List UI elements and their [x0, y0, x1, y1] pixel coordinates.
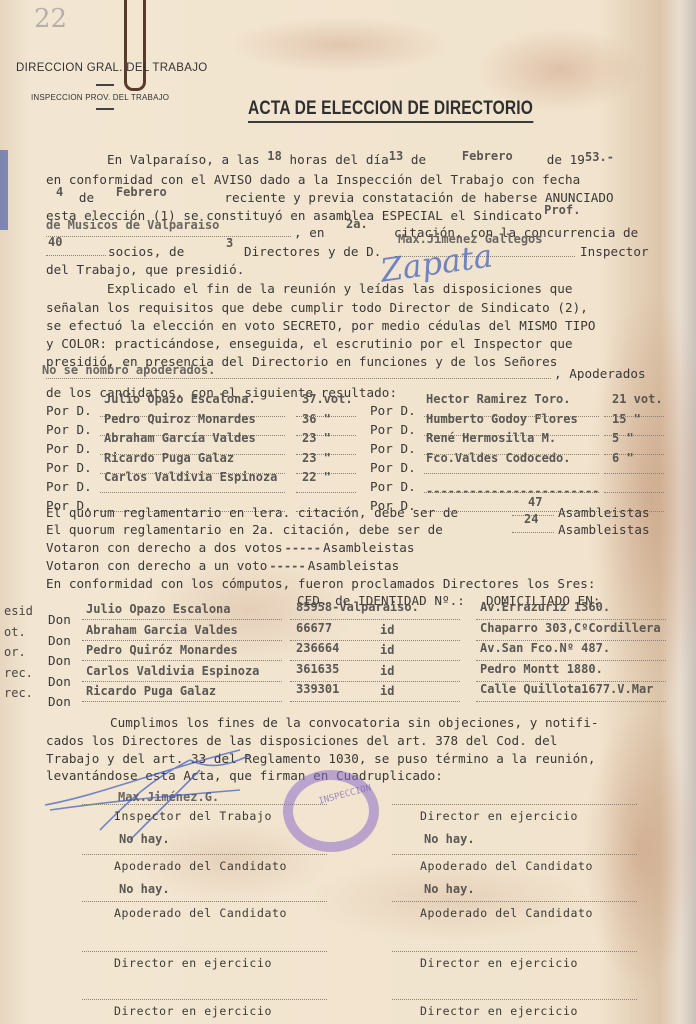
intro-line-7: del Trabajo, que presidió.: [46, 262, 244, 277]
fill-line: [82, 660, 282, 661]
text: Votaron con derecho a un voto: [46, 558, 267, 573]
signature-label: Director en ejercicio: [420, 1004, 578, 1018]
por-d-label: Por D.: [370, 403, 416, 418]
director-id-number: 236664: [296, 641, 339, 655]
por-d-label: Por D.: [370, 479, 416, 494]
text: Inspector: [580, 244, 649, 259]
intro-line-1: En Valparaíso, a las 18 horas del día13 …: [107, 152, 614, 167]
day-value: 13: [389, 149, 404, 163]
signature-label: Director en ejercicio: [114, 1004, 272, 1018]
signature-line: [82, 854, 327, 855]
quorum-1-value: 47: [528, 495, 542, 509]
body-line: señalan los requisitos que debe cumplir …: [46, 300, 588, 315]
month-value: Febrero: [462, 149, 513, 163]
don-label: Don: [48, 612, 71, 627]
signature-value: No hay.: [424, 832, 475, 846]
signature-label: Apoderado del Candidato: [420, 906, 593, 920]
candidate-name: ------------------------: [426, 484, 599, 498]
citation-value: 2a.: [346, 217, 368, 231]
director-name: Carlos Valdivia Espinoza: [86, 664, 259, 678]
candidate-name: Abraham García Valdes: [104, 431, 256, 445]
proclaimed-line: En conformidad con los cómputos, fueron …: [46, 576, 596, 591]
fill-line: [82, 619, 282, 620]
quorum-2-value: 24: [524, 512, 538, 526]
signature-line: [392, 999, 637, 1000]
signature-label: Director en ejercicio: [114, 956, 272, 970]
por-d-label: Por D.: [370, 422, 416, 437]
candidate-name: Pedro Quiroz Monardes: [104, 412, 256, 426]
fill-line: [424, 473, 599, 474]
signature-label: Director en ejercicio: [420, 956, 578, 970]
director-id-number: 66677: [296, 621, 332, 635]
candidate-name: Fco.Valdes Codocedo.: [426, 451, 571, 465]
signature-line: [392, 804, 637, 805]
don-label: Don: [48, 694, 71, 709]
por-d-label: Por D.: [46, 460, 92, 475]
votes-two-line: Votaron con derecho a dos votos-----Asam…: [46, 540, 415, 555]
candidate-name: Carlos Valdivia Espinoza: [104, 470, 277, 484]
notice-month-value: Febrero: [116, 185, 167, 199]
director-name: Pedro Quiróz Monardes: [86, 643, 238, 657]
intro-line-3: 4 de Febrero reciente y previa constatac…: [46, 190, 614, 205]
org-line-1: DIRECCION GRAL. DEL TRABAJO: [16, 62, 208, 74]
don-label: Don: [48, 633, 71, 648]
fill-line: [82, 640, 282, 641]
year-value: 53.-: [585, 150, 614, 164]
signature-line: [82, 951, 327, 952]
signature-value: No hay.: [119, 882, 170, 896]
text: , Apoderados: [554, 366, 646, 381]
margin-ink-mark: [0, 150, 8, 230]
union-name-value: de Musicos de Valparaiso: [46, 218, 219, 232]
director-id-place: id: [380, 623, 394, 637]
don-label: Don: [48, 674, 71, 689]
fill-line: [604, 473, 664, 474]
don-label: Don: [48, 653, 71, 668]
director-name: Ricardo Puga Galaz: [86, 684, 216, 698]
text: En Valparaíso, a las: [107, 152, 260, 167]
margin-role-fragment: rec.: [4, 666, 33, 680]
director-address: Calle Quillota1677.V.Mar: [480, 682, 653, 696]
votes-one-value: -----: [269, 559, 305, 573]
body-line: Explicado el fin de la reunión y leídas …: [107, 281, 573, 296]
signature-line: [82, 901, 327, 902]
candidate-votes: 21 vot.: [612, 392, 663, 406]
candidate-votes: 22 ": [302, 470, 331, 484]
body-line: se efectuó la elección en voto SECRETO, …: [46, 318, 596, 333]
union-prefix-value: Prof.: [544, 203, 580, 217]
signature-value: No hay.: [119, 832, 170, 846]
candidate-name: Humberto Godoy Flores: [426, 412, 578, 426]
signature-value: No hay.: [424, 882, 475, 896]
notice-day-value: 4: [56, 185, 63, 199]
candidate-votes: 15 ": [612, 412, 641, 426]
signature-label: Director en ejercicio: [420, 809, 578, 823]
proxies-value: No se nombró apoderados.: [42, 363, 215, 377]
director-id-number: 339301: [296, 682, 339, 696]
fill-line: [82, 681, 282, 682]
document-title: ACTA DE ELECCION DE DIRECTORIO: [248, 98, 533, 123]
por-d-label: Por D.: [370, 460, 416, 475]
votes-two-value: -----: [285, 541, 321, 555]
fill-line: [296, 492, 356, 493]
candidate-name: René Hermosilla M.: [426, 431, 556, 445]
margin-role-fragment: rec.: [4, 686, 33, 700]
director-id-number: 85958-Valparaiso.: [296, 600, 419, 614]
members-value: 40: [48, 235, 62, 249]
unit-label: Asambleistas: [558, 522, 650, 537]
signature-label: Inspector del Trabajo: [114, 809, 272, 823]
fill-line: [82, 701, 282, 702]
por-d-label: Por D.: [46, 441, 92, 456]
body-line: y COLOR: practicándose, enseguida, el es…: [46, 336, 573, 351]
org-line-2: INSPECCION PROV. DEL TRABAJO: [31, 93, 169, 102]
signature-label: Apoderado del Candidato: [114, 906, 287, 920]
fill-line: [46, 378, 551, 379]
candidate-votes: 37.vot.: [302, 392, 353, 406]
fill-line: [46, 236, 291, 237]
director-address: Av.Errázuriz 1360.: [480, 600, 610, 614]
candidate-name: Ricardo Puga Galaz: [104, 451, 234, 465]
fill-line: [100, 492, 285, 493]
director-id-number: 361635: [296, 662, 339, 676]
quorum-2-label: El quorum reglamentario en 2a. citación,…: [46, 522, 443, 537]
signature-label: Apoderado del Candidato: [114, 859, 287, 873]
director-name: Julio Opazo Escalona: [86, 602, 231, 616]
quorum-1-label: El quorum reglamentario en lera. citació…: [46, 505, 458, 520]
director-address: Chaparro 303,CºCordillera: [480, 621, 661, 635]
candidate-votes: 23 ": [302, 431, 331, 445]
signature-line: [82, 999, 327, 1000]
text: Directores y de D.: [244, 244, 381, 259]
signature-line: [392, 854, 637, 855]
hour-value: 18: [267, 149, 282, 163]
candidate-name: Julio Opazo Escalona.: [104, 392, 256, 406]
text: de: [79, 190, 94, 205]
director-id-place: id: [380, 664, 394, 678]
unit-label: Asambleistas: [323, 540, 415, 555]
divider: [96, 108, 114, 110]
por-d-label: Por D.: [370, 441, 416, 456]
candidate-votes: 6 ": [612, 451, 634, 465]
candidate-name: Hector Ramirez Toro.: [426, 392, 571, 406]
por-d-label: Por D.: [46, 479, 92, 494]
text: horas del día: [290, 152, 389, 167]
signature-label: Apoderado del Candidato: [420, 859, 593, 873]
text: , en: [294, 225, 325, 240]
signature-line: [392, 901, 637, 902]
text: socios, de: [108, 244, 184, 259]
text: de: [411, 152, 426, 167]
official-stamp: [283, 770, 379, 852]
page-number: 22: [34, 4, 67, 34]
votes-one-line: Votaron con derecho a un voto-----Asambl…: [46, 558, 399, 573]
candidate-votes: 5 ": [612, 431, 634, 445]
director-id-place: id: [380, 643, 394, 657]
text: Votaron con derecho a dos votos: [46, 540, 283, 555]
por-d-label: Por D.: [46, 422, 92, 437]
fill-line: [512, 532, 554, 533]
divider: [96, 84, 114, 86]
fill-line: [46, 255, 106, 256]
unit-label: Asambleistas: [558, 505, 650, 520]
candidate-votes: 23 ": [302, 451, 331, 465]
por-d-label: Por D.: [46, 403, 92, 418]
fill-line: [290, 701, 460, 702]
unit-label: Asambleistas: [308, 558, 400, 573]
director-address: Pedro Montt 1880.: [480, 662, 603, 676]
paper-clip-icon: [124, 0, 146, 91]
signature-line: [82, 804, 327, 805]
margin-role-fragment: esid: [4, 604, 33, 618]
text: de 19: [547, 152, 585, 167]
fill-line: [476, 701, 666, 702]
margin-role-fragment: or.: [4, 645, 26, 659]
director-name: Abraham Garcia Valdes: [86, 623, 238, 637]
directors-value: 3: [226, 236, 233, 250]
margin-role-fragment: ot.: [4, 625, 26, 639]
closing-line: Cumplimos los fines de la convocatoria s…: [110, 715, 598, 730]
director-id-place: id: [380, 684, 394, 698]
signature-line: [392, 951, 637, 952]
director-address: Av.San Fco.Nº 487.: [480, 641, 610, 655]
fill-line: [604, 492, 664, 493]
candidate-votes: 36 ": [302, 412, 331, 426]
